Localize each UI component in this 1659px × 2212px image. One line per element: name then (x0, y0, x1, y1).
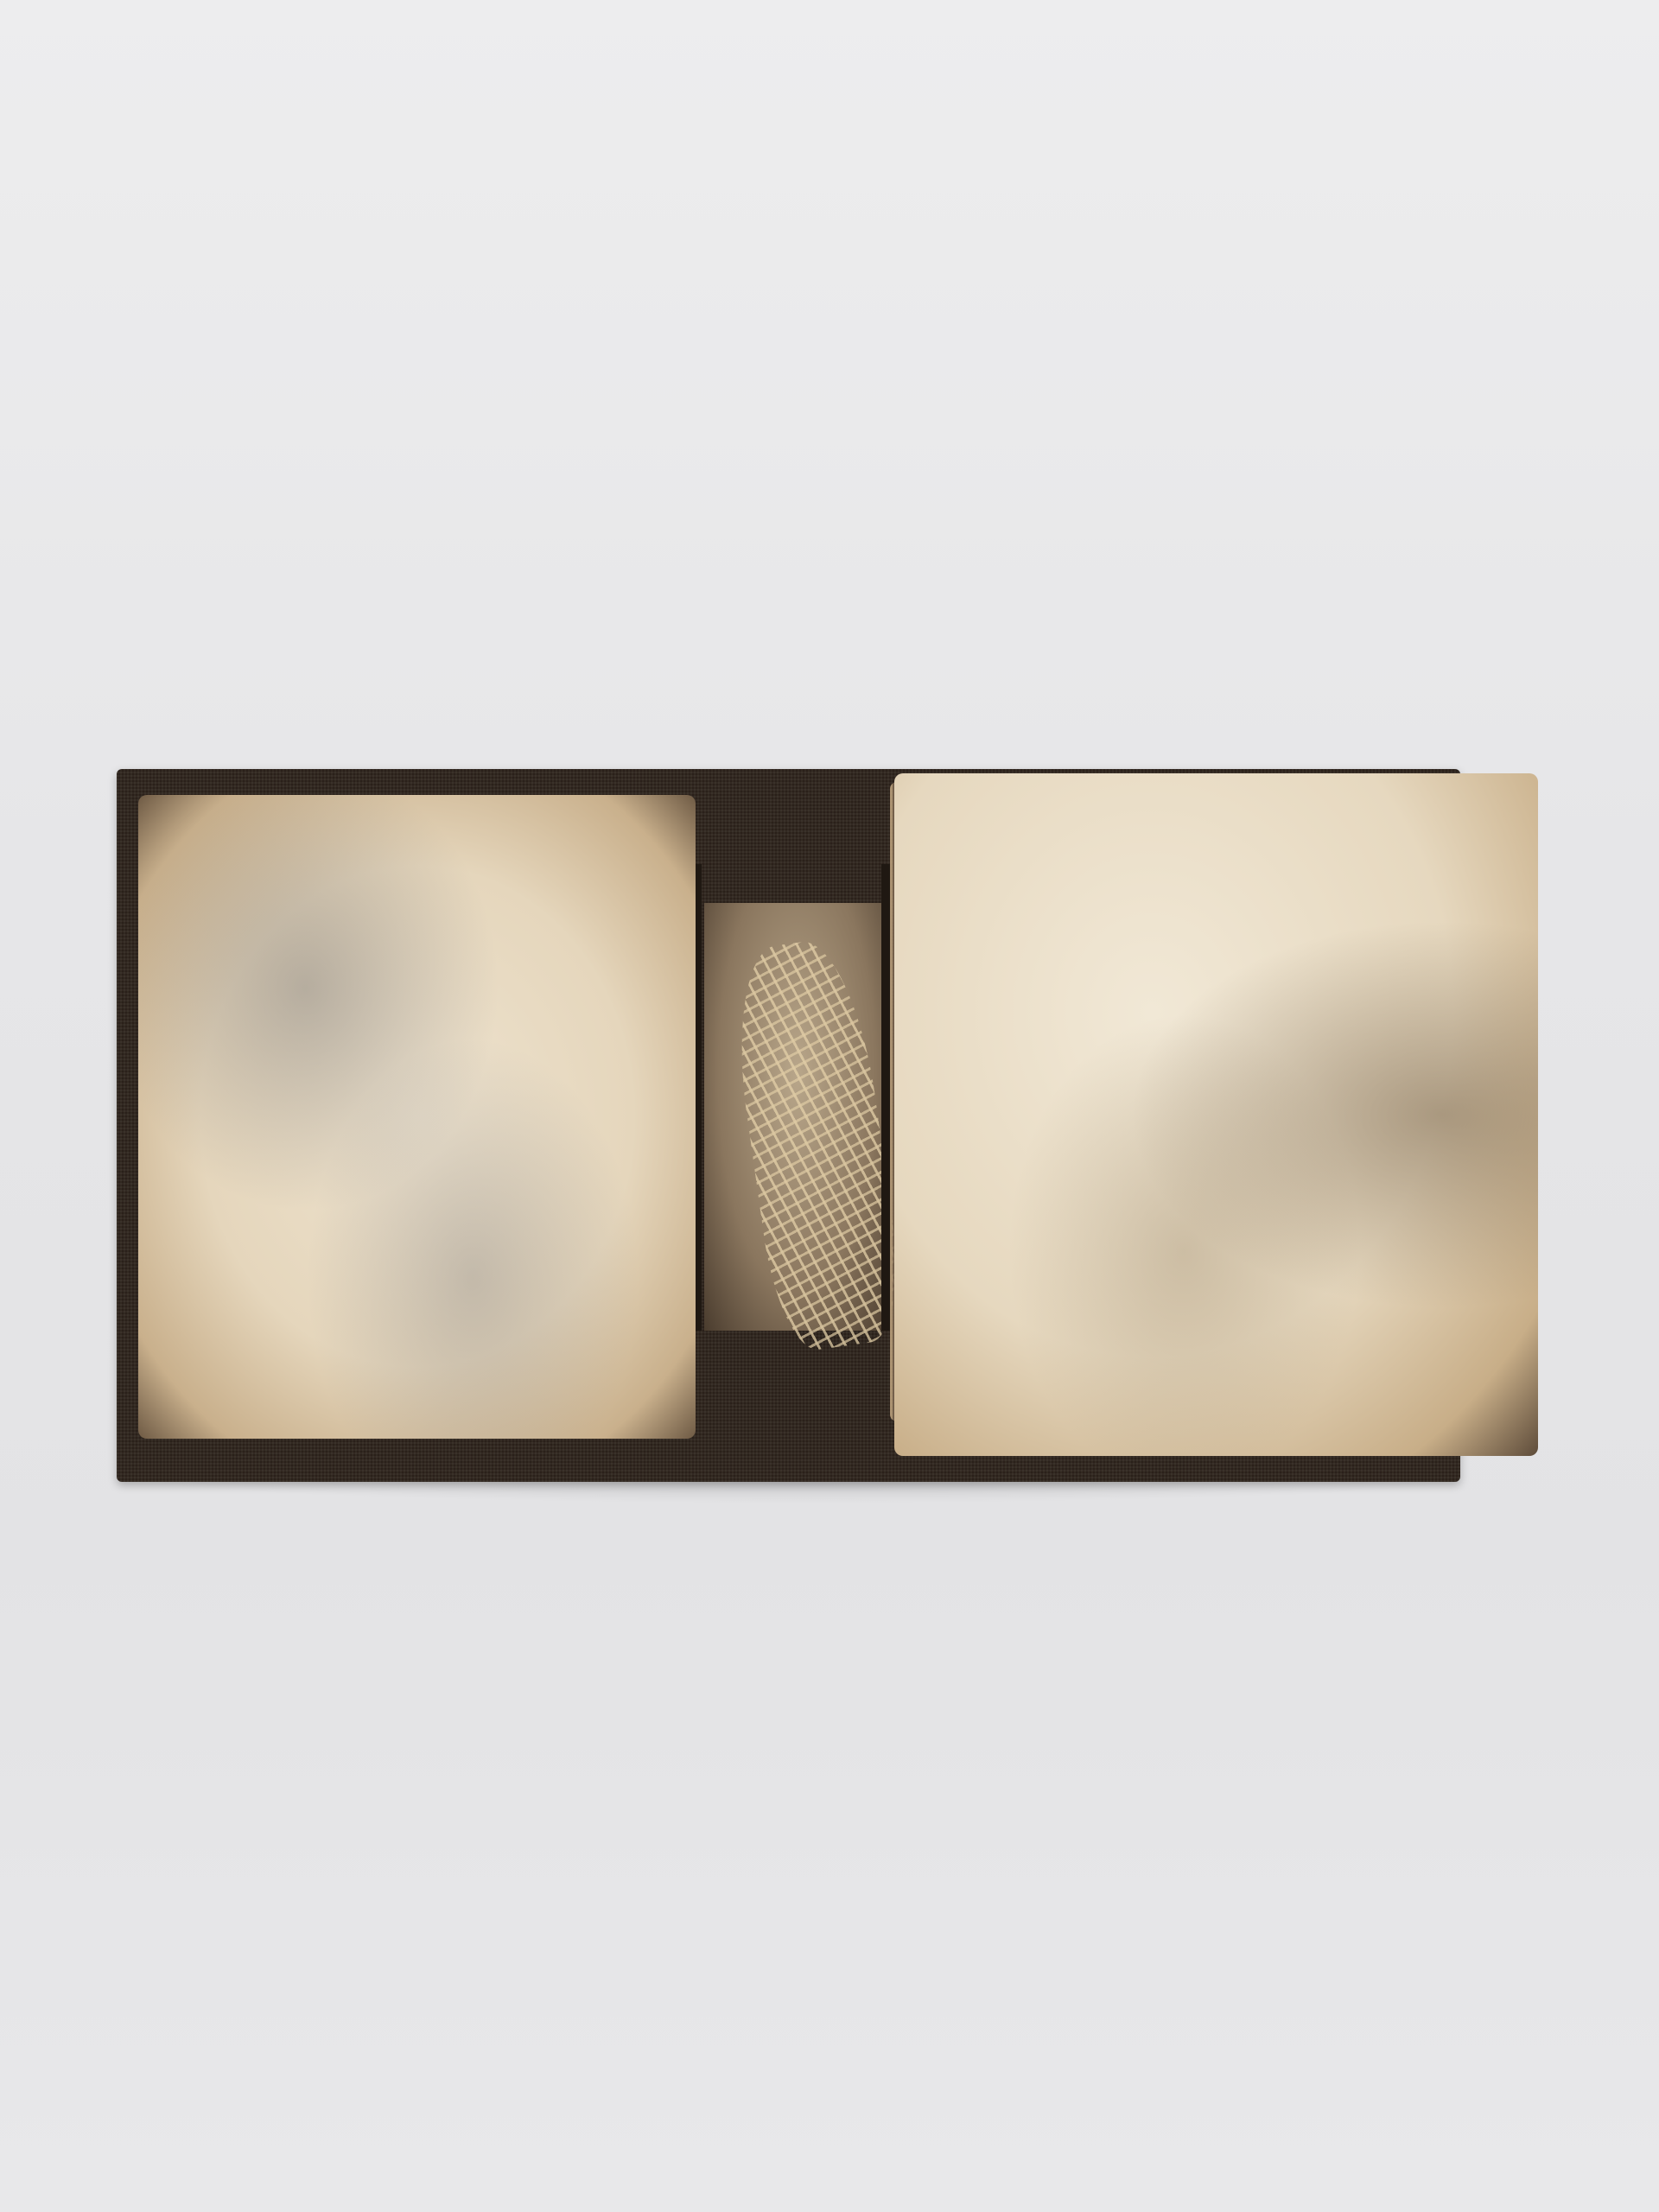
photo-scene (0, 0, 1659, 2212)
right-page (894, 773, 1538, 1456)
left-page (138, 795, 696, 1439)
